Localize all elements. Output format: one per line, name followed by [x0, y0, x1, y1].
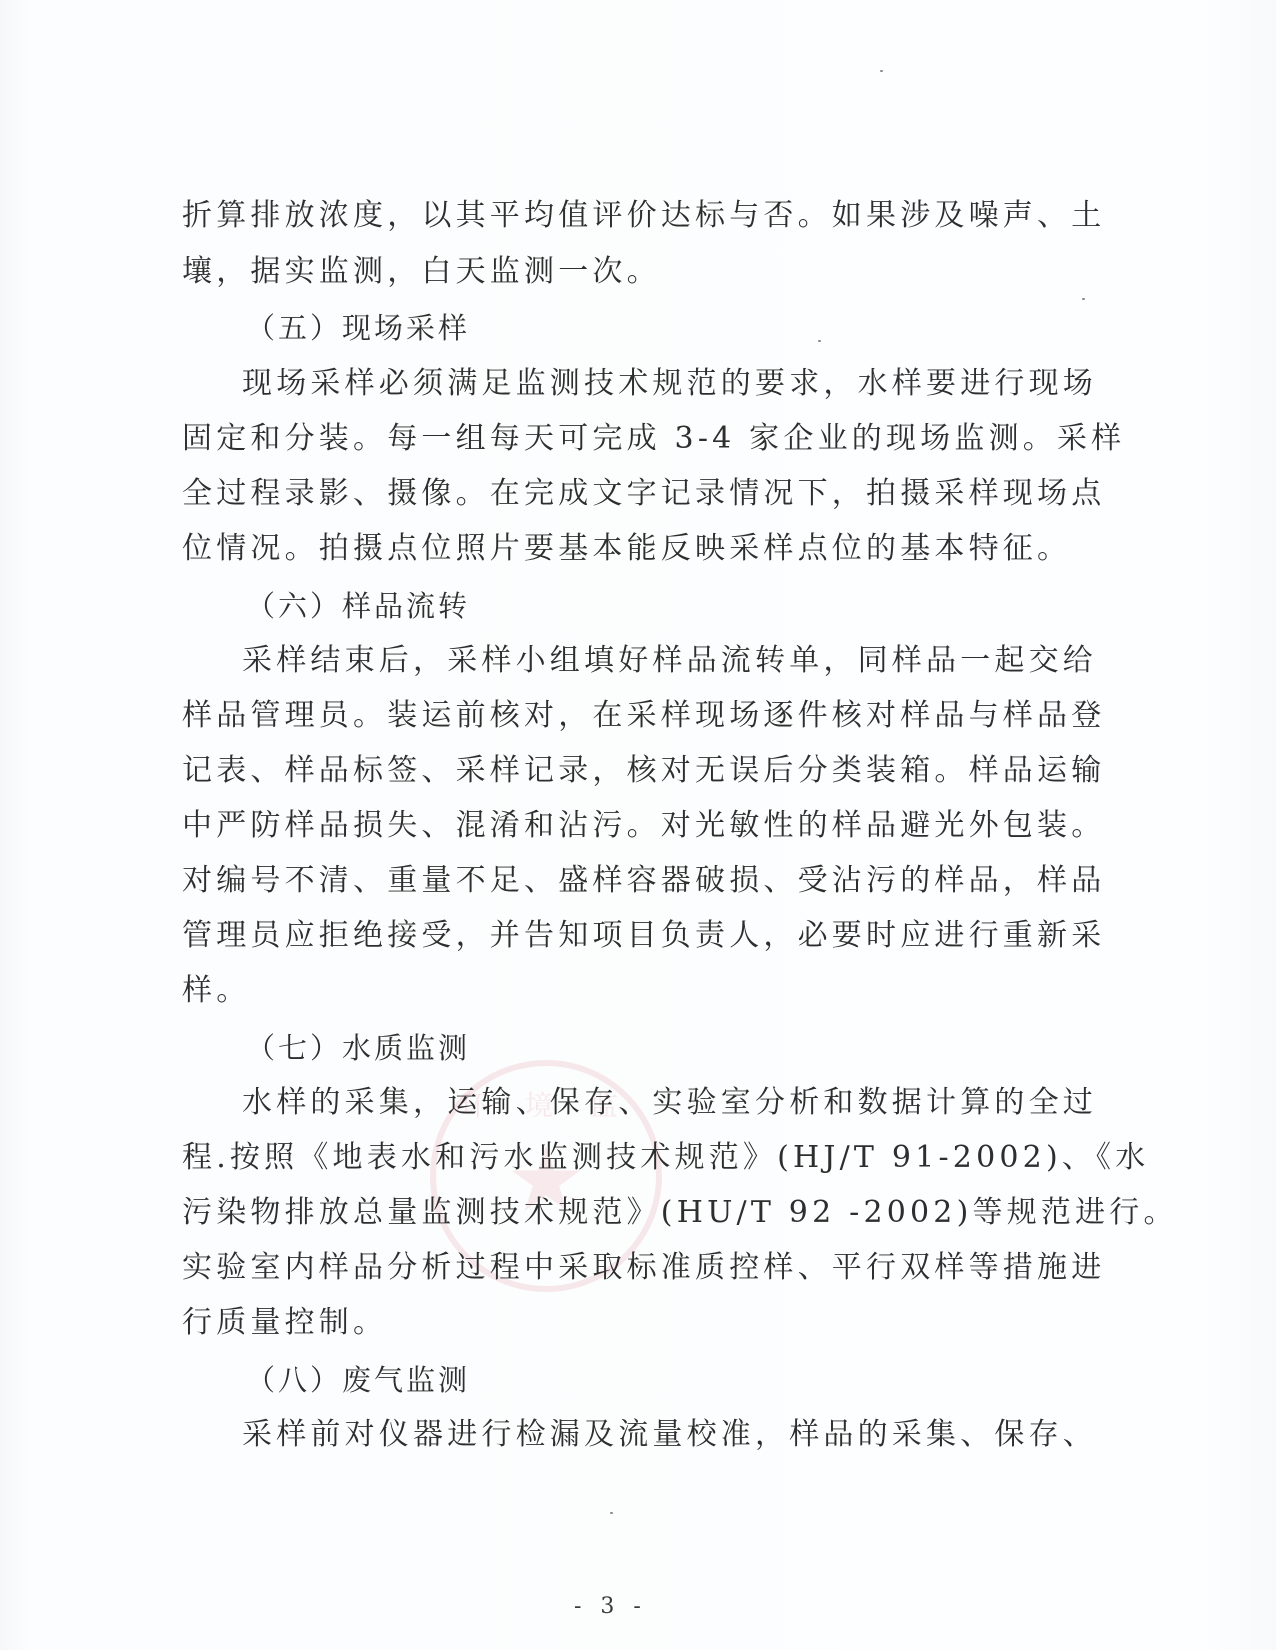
body-line-6: 位情况。拍摄点位照片要基本能反映采样点位的基本特征。 [182, 531, 1062, 567]
body-line-7: 采样结束后，采样小组填好样品流转单，同样品一起交给 [242, 643, 1122, 679]
body-line-12: 管理员应拒绝接受，并告知项目负责人，必要时应进行重新采 [182, 918, 1062, 954]
body-line-2: 壤，据实监测，白天监测一次。 [182, 254, 1062, 290]
body-line-1: 折算排放浓度，以其平均值评价达标与否。如果涉及噪声、土 [182, 198, 1062, 234]
body-line-18: 行质量控制。 [182, 1305, 1062, 1341]
body-line-5: 全过程录影、摄像。在完成文字记录情况下，拍摄采样现场点 [182, 476, 1062, 512]
body-line-11: 对编号不清、重量不足、盛样容器破损、受沾污的样品，样品 [182, 863, 1062, 899]
body-line-14: 水样的采集，运输、保存、实验室分析和数据计算的全过 [242, 1085, 1122, 1121]
body-line-4: 固定和分装。每一组每天可完成 3-4 家企业的现场监测。采样 [182, 421, 1062, 457]
body-line-13: 样。 [182, 973, 1062, 1009]
body-line-16: 污染物排放总量监测技术规范》(HU/T 92 -2002)等规范进行。 [182, 1195, 1062, 1231]
body-line-15: 程.按照《地表水和污水监测技术规范》(HJ/T 91-2002)、《水 [182, 1140, 1062, 1176]
body-line-10: 中严防样品损失、混淆和沾污。对光敏性的样品避光外包装。 [182, 808, 1062, 844]
body-line-19: 采样前对仪器进行检漏及流量校准，样品的采集、保存、 [242, 1417, 1122, 1453]
scan-speck [818, 340, 821, 342]
scanned-page: 环 境 监 ★ 折算排放浓度，以其平均值评价达标与否。如果涉及噪声、土 壤，据实… [0, 0, 1276, 1650]
scan-speck [1082, 298, 1085, 300]
body-line-8: 样品管理员。装运前核对，在采样现场逐件核对样品与样品登 [182, 698, 1062, 734]
scan-speck [610, 1512, 613, 1514]
section-heading-7: （七）水质监测 [246, 1030, 470, 1066]
page-number: - 3 - [574, 1594, 647, 1619]
section-heading-8: （八）废气监测 [246, 1362, 470, 1398]
scan-speck [880, 70, 883, 72]
section-heading-6: （六）样品流转 [246, 588, 470, 624]
body-line-17: 实验室内样品分析过程中采取标准质控样、平行双样等措施进 [182, 1250, 1062, 1286]
body-line-3: 现场采样必须满足监测技术规范的要求，水样要进行现场 [242, 366, 1122, 402]
body-line-9: 记表、样品标签、采样记录，核对无误后分类装箱。样品运输 [182, 753, 1062, 789]
section-heading-5: （五）现场采样 [246, 310, 470, 346]
